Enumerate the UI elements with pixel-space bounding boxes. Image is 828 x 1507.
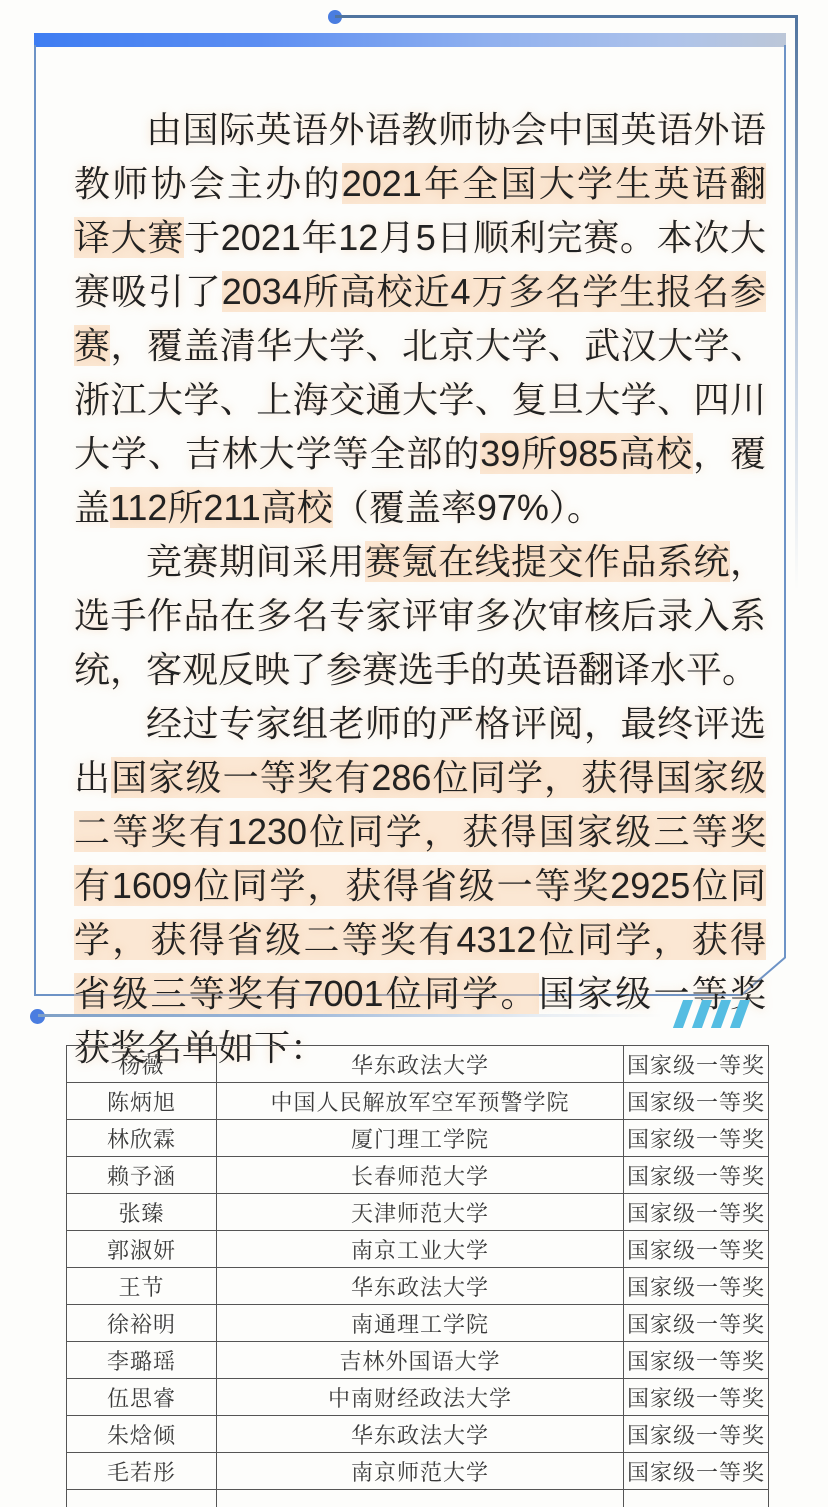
cell-school: 厦门理工学院 bbox=[217, 1120, 624, 1157]
cell-award: 国家级一等奖 bbox=[624, 1379, 769, 1416]
box-top-accent-bar bbox=[34, 33, 786, 47]
cell-name: 伍思睿 bbox=[67, 1379, 217, 1416]
cell-award: 国家级一等奖 bbox=[624, 1342, 769, 1379]
cell-award: 国家级一等奖 bbox=[624, 1120, 769, 1157]
cell-name: 徐裕明 bbox=[67, 1305, 217, 1342]
cell-school: 华东政法大学 bbox=[217, 1416, 624, 1453]
cell-award: 国家级一等奖 bbox=[624, 1416, 769, 1453]
article-page: { "article": { "paragraphs": [ { "segmen… bbox=[0, 0, 828, 1507]
table-row: 陈炳旭中国人民解放军空军预警学院国家级一等奖 bbox=[67, 1083, 769, 1120]
table-row: 伍思睿中南财经政法大学国家级一等奖 bbox=[67, 1379, 769, 1416]
table-row: 郭淑妍南京工业大学国家级一等奖 bbox=[67, 1231, 769, 1268]
cell-school: 天津师范大学 bbox=[217, 1194, 624, 1231]
table-row: 徐裕明南通理工学院国家级一等奖 bbox=[67, 1305, 769, 1342]
cell-award: 国家级一等奖 bbox=[624, 1194, 769, 1231]
slashes-icon bbox=[678, 1000, 745, 1028]
cell-school: 南京工业大学 bbox=[217, 1231, 624, 1268]
table-row: 赖予涵长春师范大学国家级一等奖 bbox=[67, 1157, 769, 1194]
cell-name: 王节 bbox=[67, 1268, 217, 1305]
paragraph: 由国际英语外语教师协会中国英语外语教师协会主办的2021年全国大学生英语翻译大赛… bbox=[74, 103, 766, 535]
highlighted-text: 39所985高校 bbox=[480, 433, 693, 474]
cell-award: 国家级一等奖 bbox=[624, 1453, 769, 1490]
slash-bar-icon bbox=[692, 1000, 712, 1028]
cell-name: 郭淑妍 bbox=[67, 1231, 217, 1268]
cell-school: 南通理工学院 bbox=[217, 1305, 624, 1342]
cell-name: 杨薇 bbox=[67, 1046, 217, 1083]
table-row: 毛若彤南京师范大学国家级一等奖 bbox=[67, 1453, 769, 1490]
highlighted-text: 赛氪在线提交作品系统 bbox=[365, 541, 730, 582]
cell-award: 国家级一等奖 bbox=[624, 1083, 769, 1120]
paragraph: 经过专家组老师的严格评阅，最终评选出国家级一等奖有286位同学，获得国家级二等奖… bbox=[74, 697, 766, 1075]
cell-award: 国家级一等奖 bbox=[624, 1157, 769, 1194]
connector-horizontal-line bbox=[335, 15, 798, 18]
cell-name: 李璐瑶 bbox=[67, 1342, 217, 1379]
cell-name: 毛若彤 bbox=[67, 1453, 217, 1490]
divider-line bbox=[38, 1014, 663, 1017]
table-row: 张臻天津师范大学国家级一等奖 bbox=[67, 1194, 769, 1231]
cell-name: 赖予涵 bbox=[67, 1157, 217, 1194]
article-content: 由国际英语外语教师协会中国英语外语教师协会主办的2021年全国大学生英语翻译大赛… bbox=[34, 47, 786, 1075]
cell-name: 朱焓倾 bbox=[67, 1416, 217, 1453]
article-box: 由国际英语外语教师协会中国英语外语教师协会主办的2021年全国大学生英语翻译大赛… bbox=[34, 33, 786, 996]
body-text: 竞赛期间采用 bbox=[146, 541, 365, 582]
body-text: （覆盖率97%）。 bbox=[333, 487, 603, 528]
cell-empty bbox=[624, 1490, 769, 1507]
highlighted-text: 112所211高校 bbox=[110, 487, 333, 528]
table-row-partial bbox=[67, 1490, 769, 1507]
cell-empty bbox=[67, 1490, 217, 1507]
slash-bar-icon bbox=[711, 1000, 731, 1028]
cell-award: 国家级一等奖 bbox=[624, 1268, 769, 1305]
cell-award: 国家级一等奖 bbox=[624, 1231, 769, 1268]
cell-school: 长春师范大学 bbox=[217, 1157, 624, 1194]
cell-name: 林欣霖 bbox=[67, 1120, 217, 1157]
table-row: 杨薇华东政法大学国家级一等奖 bbox=[67, 1046, 769, 1083]
cell-school: 中国人民解放军空军预警学院 bbox=[217, 1083, 624, 1120]
cell-name: 陈炳旭 bbox=[67, 1083, 217, 1120]
cell-name: 张臻 bbox=[67, 1194, 217, 1231]
cell-empty bbox=[217, 1490, 624, 1507]
cell-award: 国家级一等奖 bbox=[624, 1305, 769, 1342]
paragraph: 竞赛期间采用赛氪在线提交作品系统，选手作品在多名专家评审多次审核后录入系统，客观… bbox=[74, 535, 766, 697]
cell-school: 南京师范大学 bbox=[217, 1453, 624, 1490]
award-table: 杨薇华东政法大学国家级一等奖陈炳旭中国人民解放军空军预警学院国家级一等奖林欣霖厦… bbox=[66, 1045, 769, 1507]
table-row: 林欣霖厦门理工学院国家级一等奖 bbox=[67, 1120, 769, 1157]
cell-award: 国家级一等奖 bbox=[624, 1046, 769, 1083]
table-row: 李璐瑶吉林外国语大学国家级一等奖 bbox=[67, 1342, 769, 1379]
cell-school: 中南财经政法大学 bbox=[217, 1379, 624, 1416]
table-row: 王节华东政法大学国家级一等奖 bbox=[67, 1268, 769, 1305]
cell-school: 吉林外国语大学 bbox=[217, 1342, 624, 1379]
cell-school: 华东政法大学 bbox=[217, 1268, 624, 1305]
cell-school: 华东政法大学 bbox=[217, 1046, 624, 1083]
table-row: 朱焓倾华东政法大学国家级一等奖 bbox=[67, 1416, 769, 1453]
connector-vertical-line bbox=[795, 15, 798, 590]
